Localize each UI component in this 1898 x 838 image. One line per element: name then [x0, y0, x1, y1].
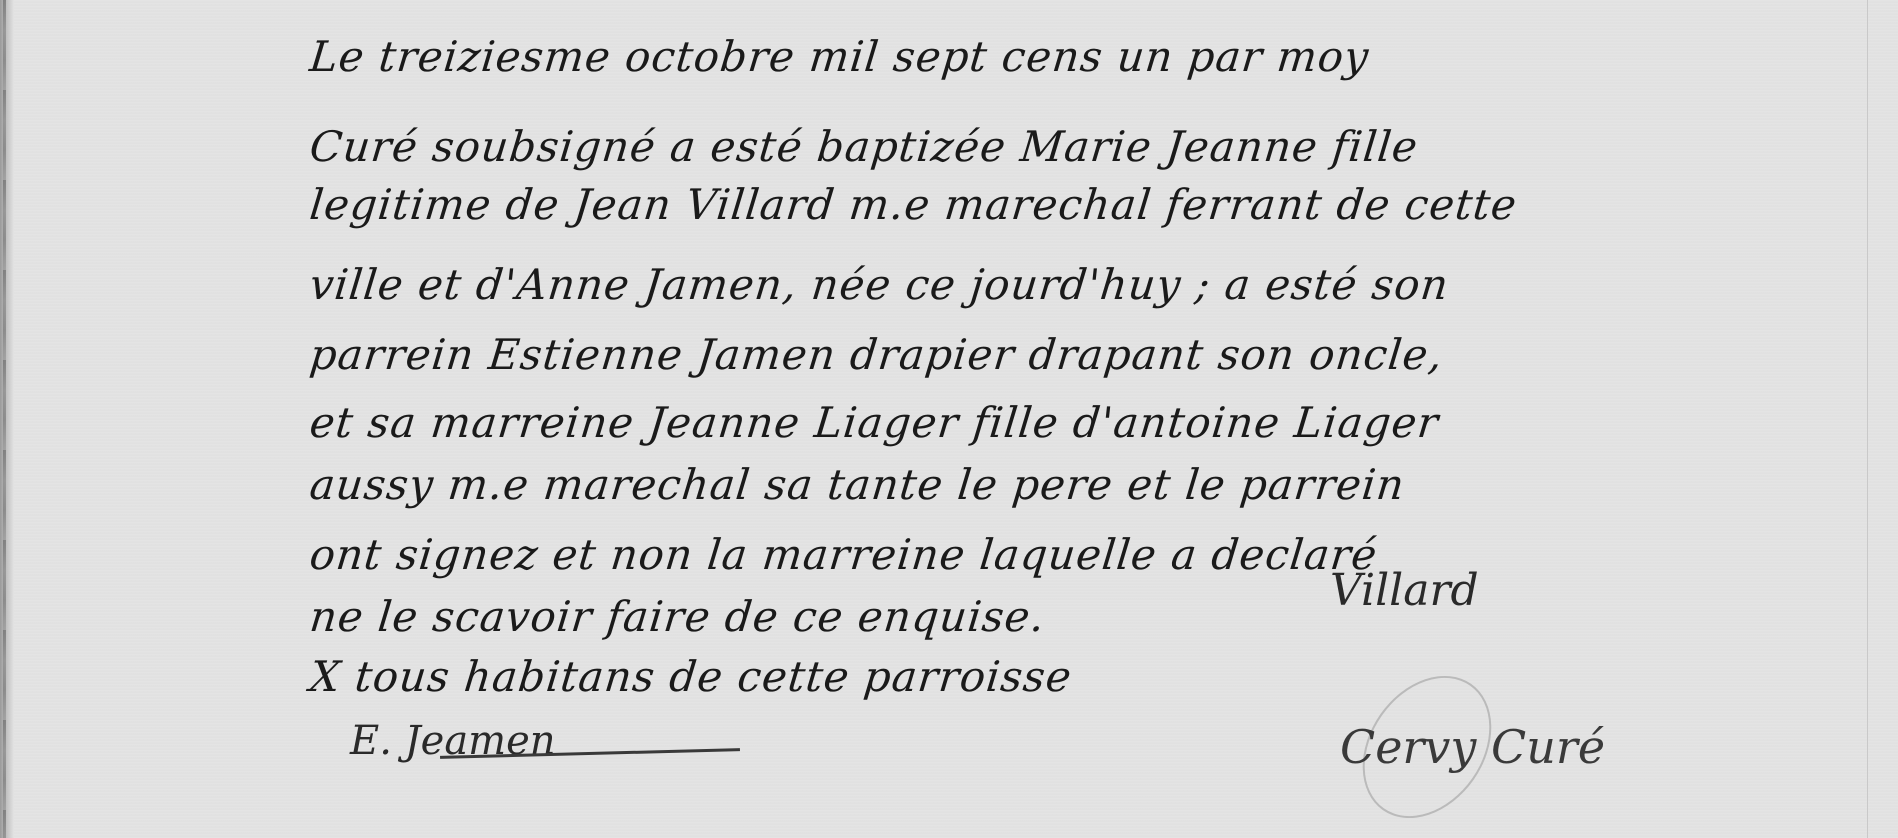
signature-cure: Cervy Curé — [1340, 720, 1605, 774]
text-line-2: Curé soubsigné a esté baptizée Marie Jea… — [307, 122, 1420, 171]
text-line-7: aussy m.e marechal sa tante le pere et l… — [307, 460, 1407, 509]
signature-villard: Villard — [1330, 565, 1479, 616]
text-line-9: ne le scavoir faire de ce enquise. — [307, 592, 1047, 641]
text-line-6: et sa marreine Jeanne Liager fille d'ant… — [307, 398, 1441, 447]
text-line-3: legitime de Jean Villard m.e marechal fe… — [307, 180, 1519, 229]
page-binding-edge — [0, 0, 14, 838]
margin-rule — [1867, 0, 1868, 838]
document-page: Le treiziesme octobre mil sept cens un p… — [0, 0, 1898, 838]
text-line-10: X tous habitans de cette parroisse — [307, 652, 1074, 701]
text-line-1: Le treiziesme octobre mil sept cens un p… — [307, 32, 1371, 81]
text-line-5: parrein Estienne Jamen drapier drapant s… — [307, 330, 1445, 379]
text-line-8: ont signez et non la marreine laquelle a… — [307, 530, 1380, 579]
text-line-4: ville et d'Anne Jamen, née ce jourd'huy … — [307, 260, 1451, 309]
